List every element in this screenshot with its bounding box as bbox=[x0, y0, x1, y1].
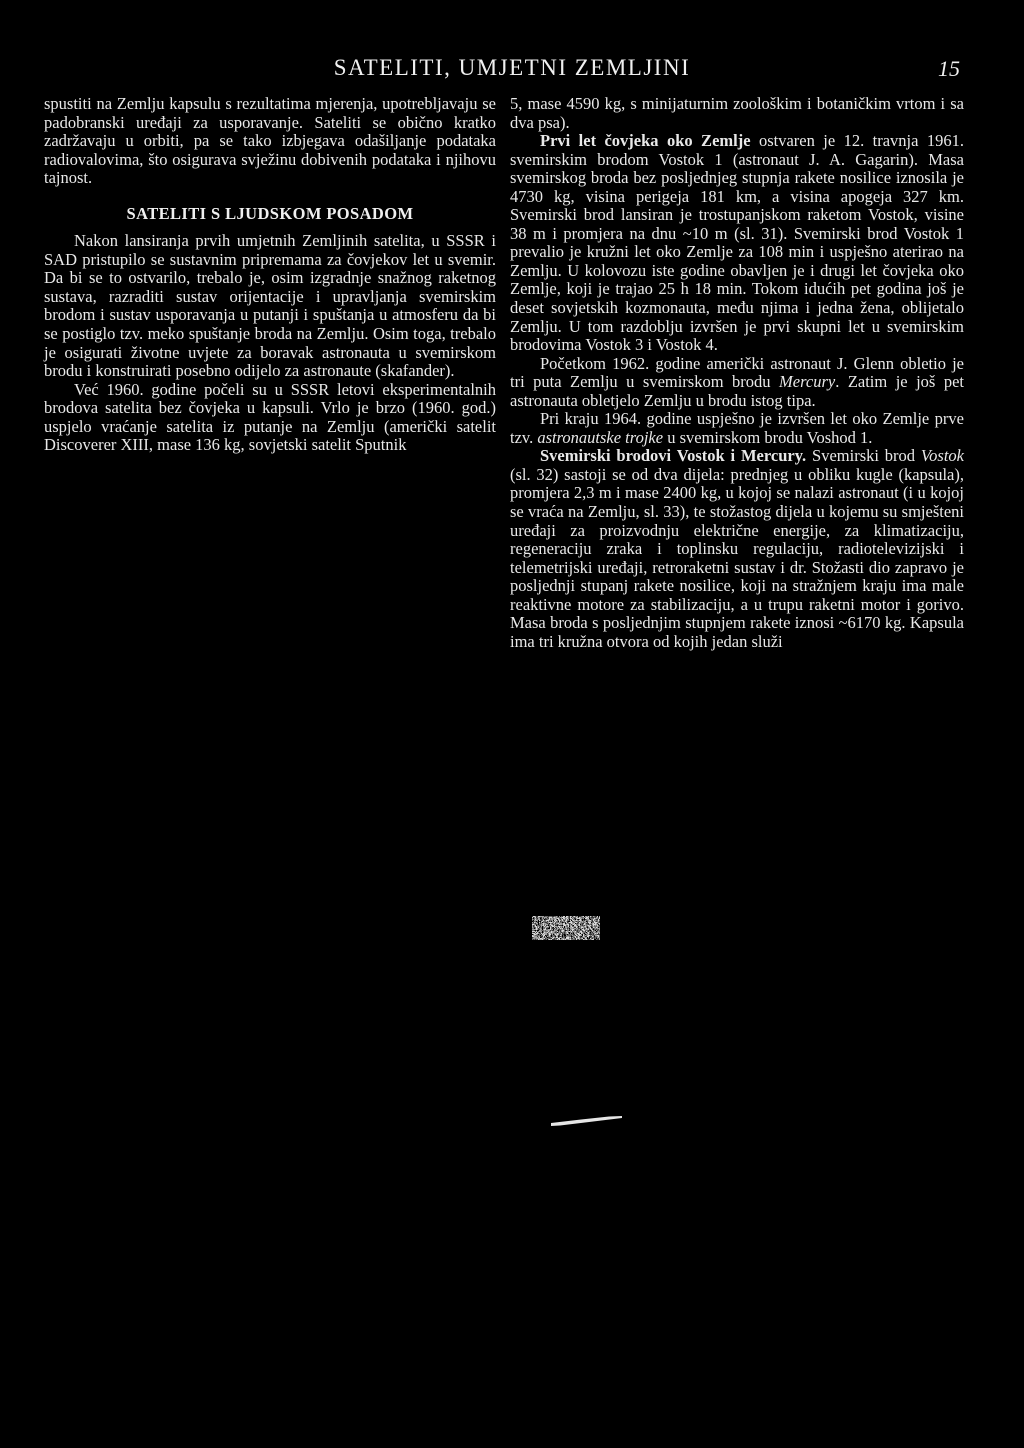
scanned-document-page: SATELITI, UMJETNI ZEMLJINI 15 spustiti n… bbox=[0, 0, 1024, 1448]
page-title: SATELITI, UMJETNI ZEMLJINI bbox=[0, 55, 1024, 81]
bold-lead-in: Prvi let čovjeka oko Zemlje bbox=[540, 131, 751, 150]
page-number: 15 bbox=[938, 56, 960, 82]
paragraph-continued-from-previous-page: spustiti na Zemlju kapsulu s rezultatima… bbox=[44, 95, 496, 188]
section-heading: SATELITI S LJUDSKOM POSADOM bbox=[44, 205, 496, 224]
paragraph: Svemirski brodovi Vostok i Mercury. Svem… bbox=[510, 447, 964, 651]
scan-scratch-line bbox=[551, 1114, 624, 1127]
scratch-line-graphic bbox=[551, 1114, 624, 1127]
noise-smudge-graphic bbox=[531, 914, 601, 941]
bold-lead-in: Svemirski brodovi Vostok i Mercury. bbox=[540, 446, 806, 465]
paragraph: Već 1960. godine počeli su u SSSR letovi… bbox=[44, 381, 496, 455]
italic-term: Mercury bbox=[779, 372, 835, 391]
paragraph: Pri kraju 1964. godine uspješno je izvrš… bbox=[510, 410, 964, 447]
italic-term: astronautske trojke bbox=[537, 428, 663, 447]
paragraph: Nakon lansiranja prvih umjetnih Zemljini… bbox=[44, 232, 496, 380]
italic-term: Vostok bbox=[921, 446, 964, 465]
paragraph: Početkom 1962. godine američki astronaut… bbox=[510, 355, 964, 411]
page-header: SATELITI, UMJETNI ZEMLJINI 15 bbox=[0, 55, 1024, 85]
paragraph: Prvi let čovjeka oko Zemlje ostvaren je … bbox=[510, 132, 964, 355]
paragraph-continued-from-left-column: 5, mase 4590 kg, s minijaturnim zoološki… bbox=[510, 95, 964, 132]
paragraph-text: (sl. 32) sastoji se od dva dijela: predn… bbox=[510, 465, 964, 651]
left-column: spustiti na Zemlju kapsulu s rezultatima… bbox=[44, 95, 496, 455]
right-column: 5, mase 4590 kg, s minijaturnim zoološki… bbox=[510, 95, 964, 651]
paragraph-text: Svemirski brod bbox=[806, 446, 921, 465]
scan-noise-smudge bbox=[531, 914, 601, 941]
paragraph-text: u svemirskom brodu Voshod 1. bbox=[663, 428, 872, 447]
paragraph-text: ostvaren je 12. travnja 1961. svemirskim… bbox=[510, 131, 964, 354]
